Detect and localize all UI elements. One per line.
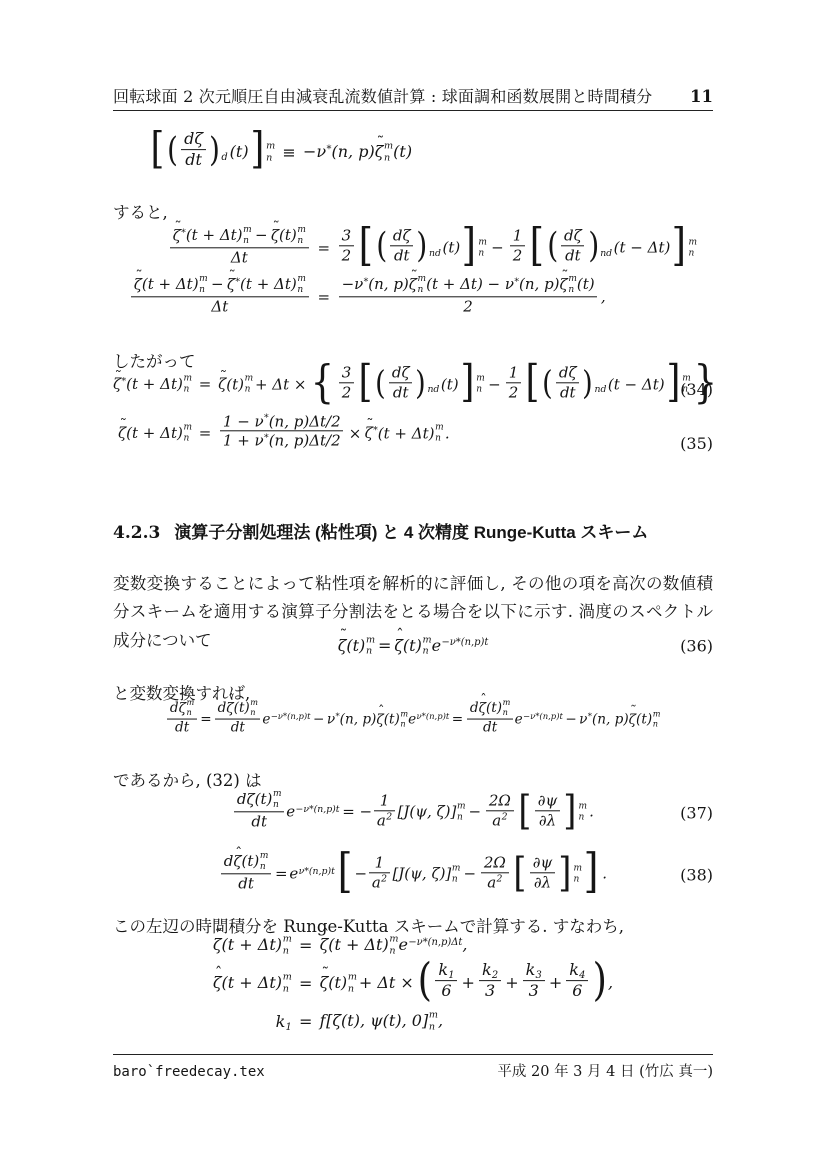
equation-predictor-pair: ˜ζ*(t + Δt)mn−˜ζ(t)mnΔt=32[(dζdt)nd(t)]m… xyxy=(113,228,713,319)
equation-number-35: (35) xyxy=(680,434,713,453)
page-footer: baro`freedecay.tex 平成 20 年 3 月 4 日 (竹広 真… xyxy=(113,1060,713,1081)
header-title: 回転球面 2 次元順圧自由減衰乱流数値計算 : 球面調和函数展開と時間積分 xyxy=(113,84,652,107)
section-number: 4.2.3 xyxy=(113,523,160,543)
equation-37: dˆζ(t)mndte−ν*(n,p)t= −1a2[J(ψ, ζ)]mn−2Ω… xyxy=(113,786,713,840)
math-rows: [(dζdt)d(t)]mn≡−ν*(n, p)˜ζmn(t) xyxy=(149,132,412,173)
paragraph-suruto: すると, xyxy=(113,199,713,228)
footer-rule xyxy=(113,1054,713,1055)
footer-filename: baro`freedecay.tex xyxy=(113,1064,265,1080)
page-header: 回転球面 2 次元順圧自由減衰乱流数値計算 : 球面調和函数展開と時間積分 11 xyxy=(113,84,713,107)
equation-transformed-derivative: d˜ζmndt=dˆζ(t)mndte−ν*(n,p)t−ν*(n, p)ˆζ(… xyxy=(113,694,713,746)
equation-38: dˆζ(t)mndt=eν*(n,p)t[−1a2[J(ψ, ζ)]mn−2Ωa… xyxy=(113,848,713,902)
math-inline: d˜ζmndt=dˆζ(t)mndte−ν*(n,p)t−ν*(n, p)ˆζ(… xyxy=(166,701,661,739)
math-inline: dˆζ(t)mndte−ν*(n,p)t= −1a2[J(ψ, ζ)]mn−2Ω… xyxy=(232,792,594,833)
section-title: 演算子分割処理法 (粘性項) と 4 次精度 Runge-Kutta スキーム xyxy=(174,523,648,542)
equation-runge-kutta-steps: ˜ζ(t + Δt)mn=ˆζ(t + Δt)mne−ν*(n,p)Δt,ˆζ(… xyxy=(113,934,713,1033)
equation-number-36: (36) xyxy=(680,637,713,656)
header-rule xyxy=(113,110,713,111)
equation-34-35: ˜ζ*(t + Δt)mn=˜ζ(t)mn+ Δt ×{32[(dζdt)nd(… xyxy=(113,366,713,453)
equation-viscous-definition: [(dζdt)d(t)]mn≡−ν*(n, p)˜ζmn(t) xyxy=(113,132,749,173)
math-rows: ˜ζ*(t + Δt)mn−˜ζ(t)mnΔt=32[(dζdt)nd(t)]m… xyxy=(129,228,697,319)
equation-number-37: (37) xyxy=(680,804,713,823)
equation-number-38: (38) xyxy=(680,866,713,885)
math-rows: ˜ζ*(t + Δt)mn=˜ζ(t)mn+ Δt ×{32[(dζdt)nd(… xyxy=(113,366,719,453)
header-page-number: 11 xyxy=(690,87,713,106)
document-page: 回転球面 2 次元順圧自由減衰乱流数値計算 : 球面調和函数展開と時間積分 11… xyxy=(0,0,826,1169)
equation-36: ˜ζ(t)mn=ˆζ(t)mne−ν*(n,p)t (36) xyxy=(113,626,713,666)
math-inline: dˆζ(t)mndt=eν*(n,p)t[−1a2[J(ψ, ζ)]mn−2Ωa… xyxy=(219,854,607,895)
footer-date: 平成 20 年 3 月 4 日 (竹広 真一) xyxy=(497,1060,713,1081)
equation-number-34: (34) xyxy=(680,380,713,399)
math-inline: ˜ζ(t)mn=ˆζ(t)mne−ν*(n,p)t xyxy=(338,635,489,658)
section-heading: 4.2.3演算子分割処理法 (粘性項) と 4 次精度 Runge-Kutta … xyxy=(113,518,713,543)
math-rows: ˜ζ(t + Δt)mn=ˆζ(t + Δt)mne−ν*(n,p)Δt,ˆζ(… xyxy=(213,934,613,1033)
